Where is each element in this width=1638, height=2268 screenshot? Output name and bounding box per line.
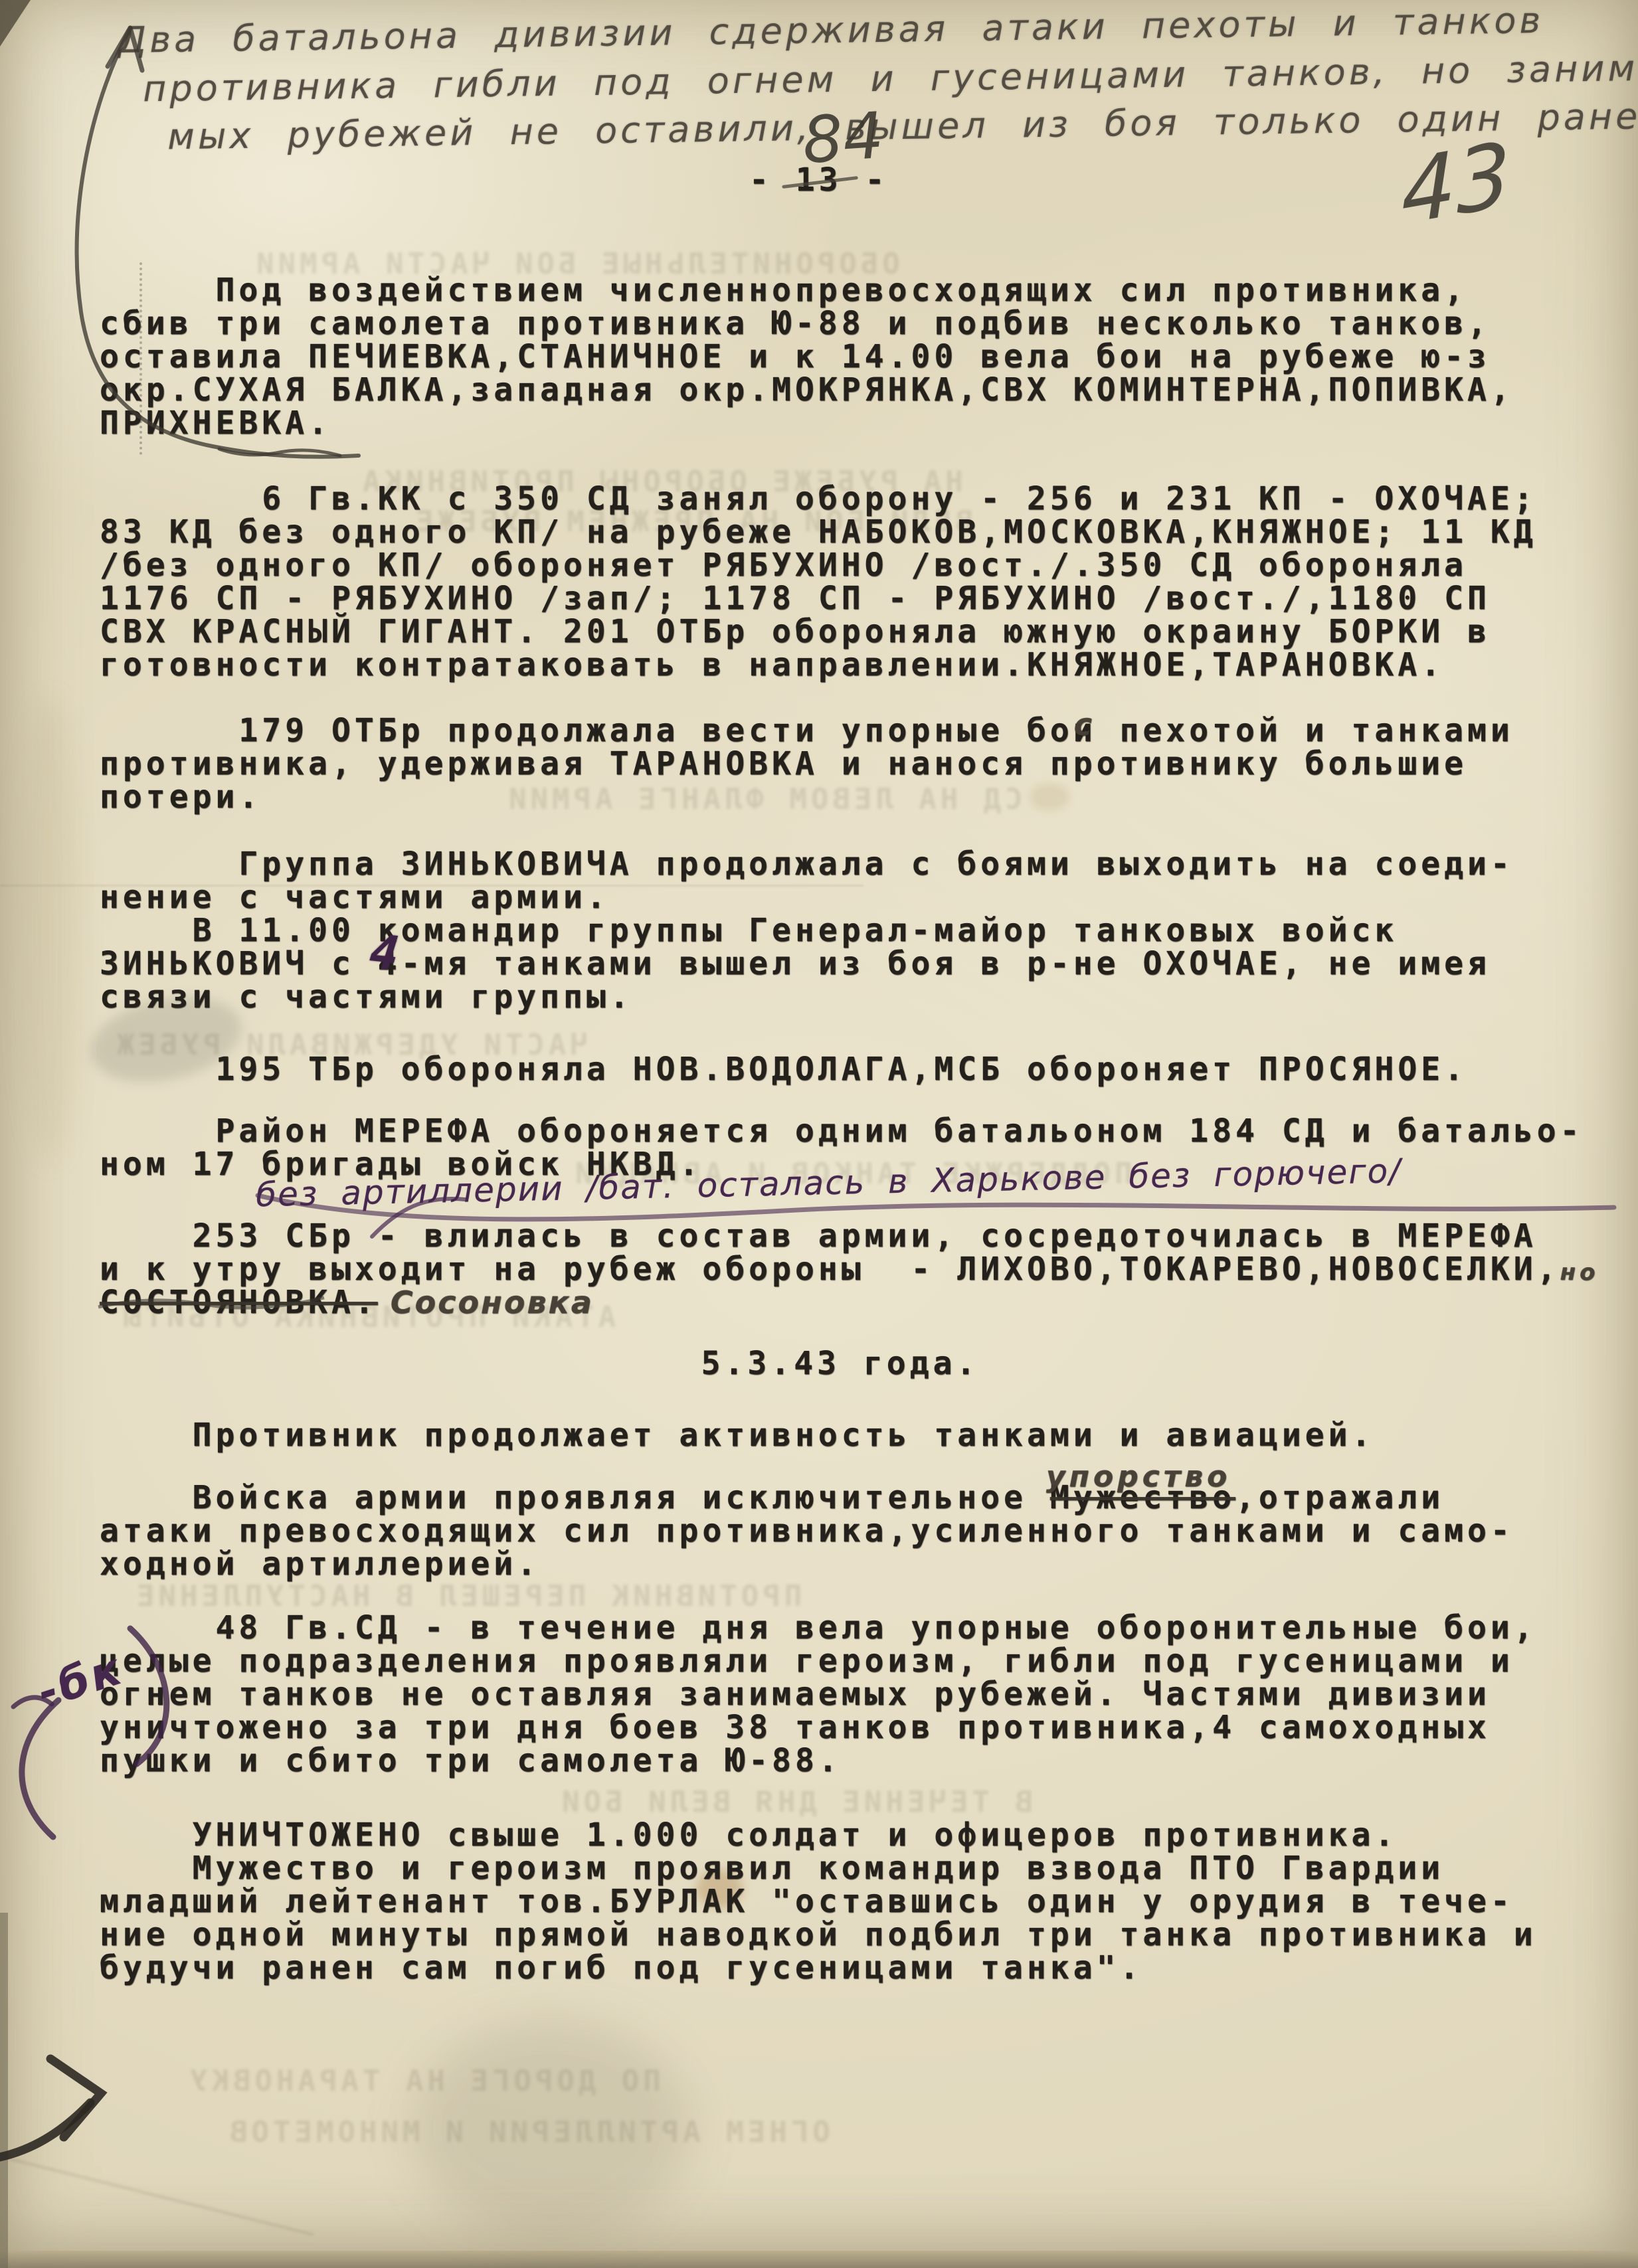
bleed-through-text: ОГНЕМ АРТИЛЛЕРИИ И МИНОМЕТОВ <box>226 2115 830 2149</box>
corner-mark-43: 43 <box>1400 123 1513 246</box>
typed-line-protivnik: Противник продолжает активность танками … <box>100 1419 1374 1452</box>
typed-line-1100: В 11.00 командир группы Генерал-майор та… <box>100 914 1398 947</box>
typed-paragraph-6gvkk: 6 Гв.КК с 350 СД занял оборону - 256 и 2… <box>100 482 1537 681</box>
bottom-arrow <box>0 2059 101 2158</box>
overwritten-number: 44 <box>378 947 401 980</box>
paper-stain <box>20 697 80 1162</box>
ink-overwrite-number: 4 <box>368 935 404 972</box>
typed-paragraph-voyska-cont: атаки превосходящих сил противника,усиле… <box>100 1514 1514 1581</box>
inserted-letter-s: с <box>1074 708 1094 741</box>
corrected-word: Мужествоупорство <box>1050 1481 1235 1514</box>
typed-text: пехотой и танками <box>1097 712 1514 749</box>
typed-paragraph-zinkovich-group: Группа ЗИНЬКОВИЧА продолжала с боями вых… <box>100 847 1514 914</box>
typed-line-zinkovich-tanks: ЗИНЬКОВИЧ с 44-мя танками вышел из боя в… <box>100 947 1491 980</box>
typed-paragraph-situation: Под воздействием численнопревосходящих с… <box>100 274 1514 440</box>
bleed-through-text: ПРОТИВНИК ПЕРЕШЕЛ В НАСТУПЛЕНИЕ <box>133 1579 802 1613</box>
struck-page-number: 13 <box>796 163 842 197</box>
date-heading: 5.3.43 года. <box>100 1347 1581 1380</box>
typed-paragraph-48gvsd: 48 Гв.СД - в течение дня вела упорные об… <box>100 1611 1537 1777</box>
document-scan-page: ОБОРОНИТЕЛЬНЫЕ БОИ ЧАСТИ АРМИИ НА РУБЕЖЕ… <box>0 0 1638 2268</box>
typed-text: Войска армии проявляя исключительное <box>100 1479 1050 1516</box>
typed-paragraph-179otbr-cont: противника, удерживая ТАРАНОВКА и нанося… <box>100 747 1467 814</box>
typed-text: ,отражали <box>1235 1479 1444 1516</box>
typed-text: 179 ОТБр продолжала вести упорные бои <box>100 712 1097 749</box>
bleed-through-text: ПО ДОРОГЕ НА ТАРАНОВКУ <box>186 2064 661 2098</box>
typed-paragraph-burlak: УНИЧТОЖЕНО свыше 1.000 солдат и офицеров… <box>100 1818 1537 1984</box>
handwritten-sosonovka: Сосоновка <box>378 1284 594 1320</box>
paper-corner-shadow <box>0 0 31 46</box>
typed-line-253sbr: 253 СБр - влилась в состав армии, сосред… <box>100 1219 1537 1253</box>
dash: - <box>749 161 796 199</box>
typed-line-sostoyanovka: СОСТОЯНОВКА. Сосоновка <box>100 1286 594 1319</box>
typed-line-voyska: Войска армии проявляя исключительное Муж… <box>100 1481 1444 1514</box>
typed-text: и к утру выходит на рубеж обороны - ЛИХО… <box>100 1251 1560 1288</box>
page-number-typed: - 13 - <box>749 163 888 197</box>
paper-left-edge <box>0 1913 8 2268</box>
struck-word-sostoyanovka: СОСТОЯНОВКА. <box>100 1284 378 1321</box>
typed-line-195tbr: 195 ТБр обороняла НОВ.ВОДОЛАГА,МСБ оборо… <box>100 1053 1467 1086</box>
handwritten-uporstvo: упорство <box>1046 1460 1231 1494</box>
typed-line-svyazi: связи с частями группы. <box>100 980 633 1013</box>
typed-text: -мя танками вышел из боя в р-не ОХОЧАЕ, … <box>401 945 1491 982</box>
typed-text: ЗИНЬКОВИЧ с <box>100 945 378 982</box>
bleed-through-text: В ТЕЧЕНИЕ ДНЯ ВЕЛИ БОИ <box>558 1785 1033 1819</box>
typed-line-179otbr: 179 ОТБр продолжала вести упорные боис п… <box>100 714 1514 747</box>
paper-crease <box>0 2150 314 2236</box>
paper-bottom-edge <box>0 2251 1638 2268</box>
pencil-mark-no: но <box>1560 1259 1599 1286</box>
